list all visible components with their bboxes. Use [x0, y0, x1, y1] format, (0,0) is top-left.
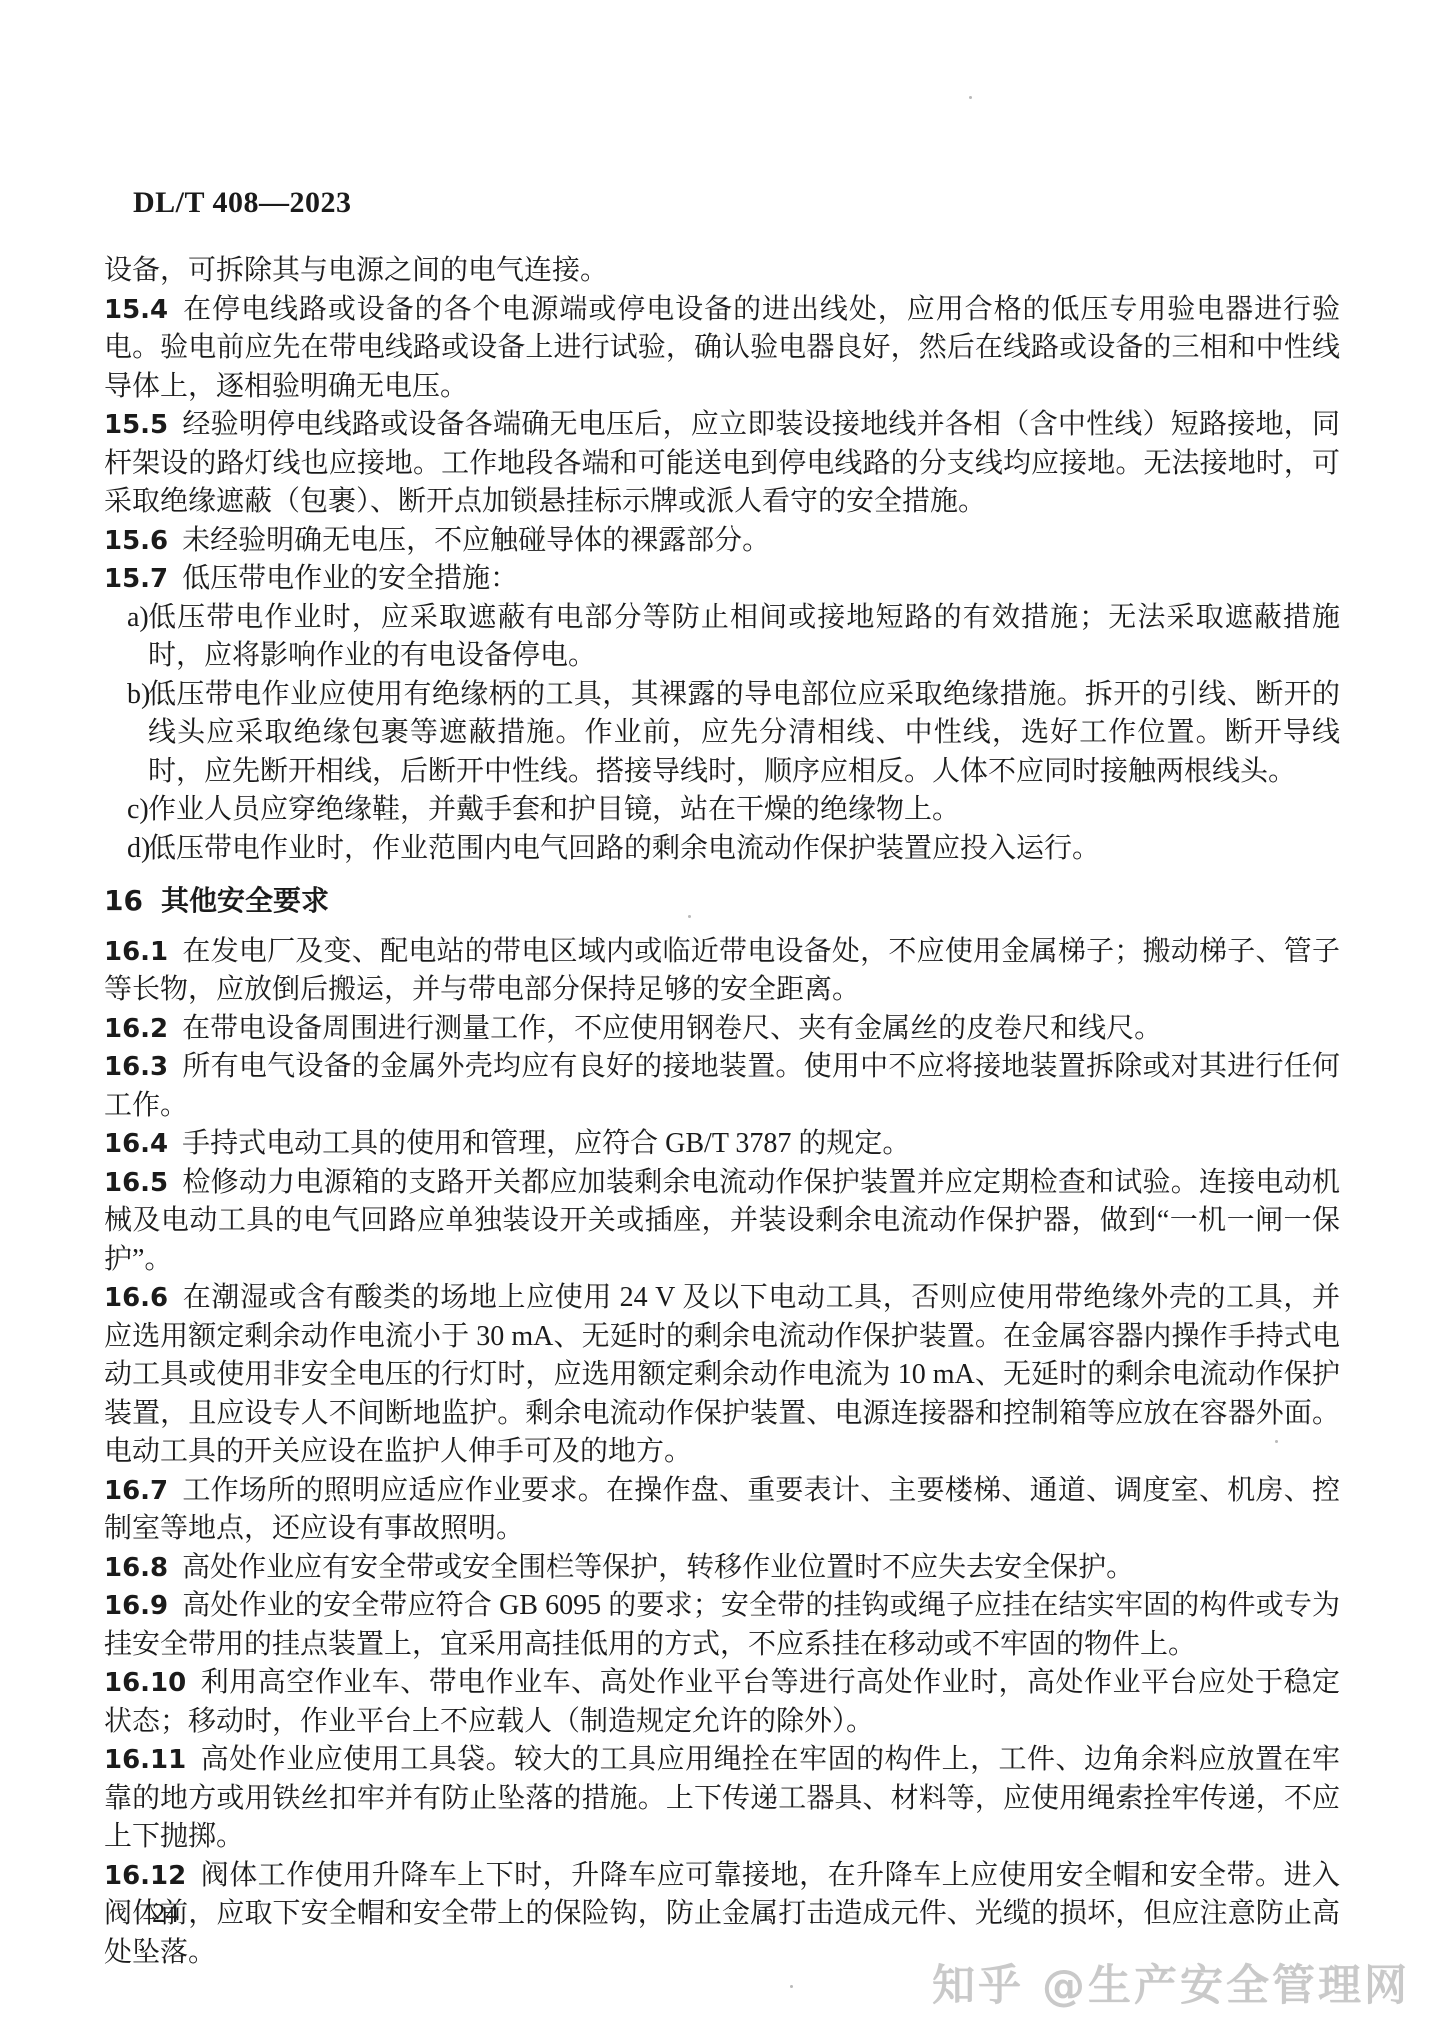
clause-number: 16.6	[104, 1283, 168, 1313]
clause-number: 16.7	[104, 1476, 168, 1506]
clause-number: 16.4	[104, 1129, 168, 1159]
clause-text: 未经验明确无电压，不应触碰导体的裸露部分。	[182, 525, 770, 556]
clause-text: 在停电线路或设备的各个电源端或停电设备的进出线处，应用合格的低压专用验电器进行验…	[104, 294, 1340, 402]
clause-number: 16.2	[104, 1014, 168, 1044]
list-item-a: a)低压带电作业时，应采取遮蔽有电部分等防止相间或接地短路的有效措施；无法采取遮…	[104, 599, 1340, 676]
list-item-c: c)作业人员应穿绝缘鞋，并戴手套和护目镜，站在干燥的绝缘物上。	[104, 791, 1340, 830]
section-heading-16: 16其他安全要求	[104, 882, 1340, 921]
clause-16-3: 16.3所有电气设备的金属外壳均应有良好的接地装置。使用中不应将接地装置拆除或对…	[104, 1048, 1340, 1125]
clause-number: 16.1	[104, 937, 168, 967]
clause-text: 高处作业的安全带应符合 GB 6095 的要求；安全带的挂钩或绳子应挂在结实牢固…	[104, 1590, 1340, 1660]
clause-16-2: 16.2在带电设备周围进行测量工作，不应使用钢卷尺、夹有金属丝的皮卷尺和线尺。	[104, 1010, 1340, 1049]
clause-number: 15.4	[104, 295, 168, 325]
clause-text: 利用高空作业车、带电作业车、高处作业平台等进行高处作业时，高处作业平台应处于稳定…	[104, 1667, 1340, 1737]
clause-text: 高处作业应使用工具袋。较大的工具应用绳拴在牢固的构件上，工件、边角余料应放置在牢…	[104, 1744, 1340, 1852]
item-text: 作业人员应穿绝缘鞋，并戴手套和护目镜，站在干燥的绝缘物上。	[148, 794, 960, 825]
clause-16-8: 16.8高处作业应有安全带或安全围栏等保护，转移作业位置时不应失去安全保护。	[104, 1549, 1340, 1588]
clause-number: 15.5	[104, 410, 168, 440]
doc-code-header: DL/T 408—2023	[133, 188, 1440, 218]
clause-16-7: 16.7工作场所的照明应适应作业要求。在操作盘、重要表计、主要楼梯、通道、调度室…	[104, 1472, 1340, 1549]
section-title: 其他安全要求	[161, 884, 329, 917]
clause-16-6: 16.6在潮湿或含有酸类的场地上应使用 24 V 及以下电动工具，否则应使用带绝…	[104, 1279, 1340, 1472]
clause-15-7: 15.7低压带电作业的安全措施：	[104, 560, 1340, 599]
clause-number: 15.6	[104, 526, 168, 556]
section-number: 16	[104, 884, 143, 917]
clause-text: 在潮湿或含有酸类的场地上应使用 24 V 及以下电动工具，否则应使用带绝缘外壳的…	[104, 1282, 1340, 1467]
page-number: 24	[152, 1900, 179, 1927]
paragraph-continuation: 设备，可拆除其与电源之间的电气连接。	[104, 252, 1340, 291]
item-marker: b)	[127, 676, 150, 715]
clause-text: 在发电厂及变、配电站的带电区域内或临近带电设备处，不应使用金属梯子；搬动梯子、管…	[104, 936, 1340, 1006]
clause-15-5: 15.5经验明停电线路或设备各端确无电压后，应立即装设接地线并各相（含中性线）短…	[104, 406, 1340, 522]
list-item-d: d)低压带电作业时，作业范围内电气回路的剩余电流动作保护装置应投入运行。	[104, 830, 1340, 869]
clause-16-1: 16.1在发电厂及变、配电站的带电区域内或临近带电设备处，不应使用金属梯子；搬动…	[104, 933, 1340, 1010]
list-item-b: b)低压带电作业应使用有绝缘柄的工具，其裸露的导电部位应采取绝缘措施。拆开的引线…	[104, 676, 1340, 792]
body-text: 设备，可拆除其与电源之间的电气连接。	[104, 255, 608, 286]
clause-number: 16.9	[104, 1591, 168, 1621]
clause-text: 检修动力电源箱的支路开关都应加装剩余电流动作保护装置并应定期检查和试验。连接电动…	[104, 1167, 1340, 1275]
clause-16-4: 16.4手持式电动工具的使用和管理，应符合 GB/T 3787 的规定。	[104, 1125, 1340, 1164]
clause-text: 经验明停电线路或设备各端确无电压后，应立即装设接地线并各相（含中性线）短路接地，…	[104, 409, 1340, 517]
scan-speck	[688, 915, 691, 918]
item-marker: d)	[127, 830, 150, 869]
clause-text: 工作场所的照明应适应作业要求。在操作盘、重要表计、主要楼梯、通道、调度室、机房、…	[104, 1475, 1340, 1545]
clause-text: 低压带电作业的安全措施：	[182, 563, 518, 594]
watermark: 知乎 @生产安全管理网	[932, 1952, 1410, 2013]
clause-number: 16.3	[104, 1052, 168, 1082]
clause-number: 16.8	[104, 1553, 168, 1583]
clause-text: 在带电设备周围进行测量工作，不应使用钢卷尺、夹有金属丝的皮卷尺和线尺。	[182, 1013, 1162, 1044]
document-page: DL/T 408—2023 设备，可拆除其与电源之间的电气连接。 15.4在停电…	[0, 0, 1440, 2037]
item-marker: c)	[127, 791, 149, 830]
clause-number: 16.11	[104, 1745, 186, 1775]
clause-16-9: 16.9高处作业的安全带应符合 GB 6095 的要求；安全带的挂钩或绳子应挂在…	[104, 1587, 1340, 1664]
lettered-list: a)低压带电作业时，应采取遮蔽有电部分等防止相间或接地短路的有效措施；无法采取遮…	[104, 599, 1340, 869]
clause-number: 16.12	[104, 1861, 186, 1891]
item-text: 低压带电作业时，作业范围内电气回路的剩余电流动作保护装置应投入运行。	[148, 833, 1100, 864]
clause-number: 16.5	[104, 1168, 168, 1198]
clause-15-6: 15.6未经验明确无电压，不应触碰导体的裸露部分。	[104, 522, 1340, 561]
clause-text: 高处作业应有安全带或安全围栏等保护，转移作业位置时不应失去安全保护。	[182, 1552, 1134, 1583]
item-marker: a)	[127, 599, 149, 638]
item-text: 低压带电作业应使用有绝缘柄的工具，其裸露的导电部位应采取绝缘措施。拆开的引线、断…	[148, 679, 1340, 787]
scan-speck	[969, 96, 972, 99]
clause-text: 所有电气设备的金属外壳均应有良好的接地装置。使用中不应将接地装置拆除或对其进行任…	[104, 1051, 1340, 1121]
document-body: 设备，可拆除其与电源之间的电气连接。 15.4在停电线路或设备的各个电源端或停电…	[104, 252, 1340, 1972]
item-text: 低压带电作业时，应采取遮蔽有电部分等防止相间或接地短路的有效措施；无法采取遮蔽措…	[148, 602, 1340, 672]
scan-speck	[1275, 1440, 1278, 1443]
clause-16-10: 16.10利用高空作业车、带电作业车、高处作业平台等进行高处作业时，高处作业平台…	[104, 1664, 1340, 1741]
clause-16-11: 16.11高处作业应使用工具袋。较大的工具应用绳拴在牢固的构件上，工件、边角余料…	[104, 1741, 1340, 1857]
clause-number: 15.7	[104, 564, 168, 594]
clause-text: 手持式电动工具的使用和管理，应符合 GB/T 3787 的规定。	[182, 1128, 910, 1159]
scan-speck	[790, 1985, 793, 1988]
clause-15-4: 15.4在停电线路或设备的各个电源端或停电设备的进出线处，应用合格的低压专用验电…	[104, 291, 1340, 407]
clause-16-5: 16.5检修动力电源箱的支路开关都应加装剩余电流动作保护装置并应定期检查和试验。…	[104, 1164, 1340, 1280]
clause-number: 16.10	[104, 1668, 186, 1698]
doc-code: DL/T 408—2023	[133, 186, 351, 219]
